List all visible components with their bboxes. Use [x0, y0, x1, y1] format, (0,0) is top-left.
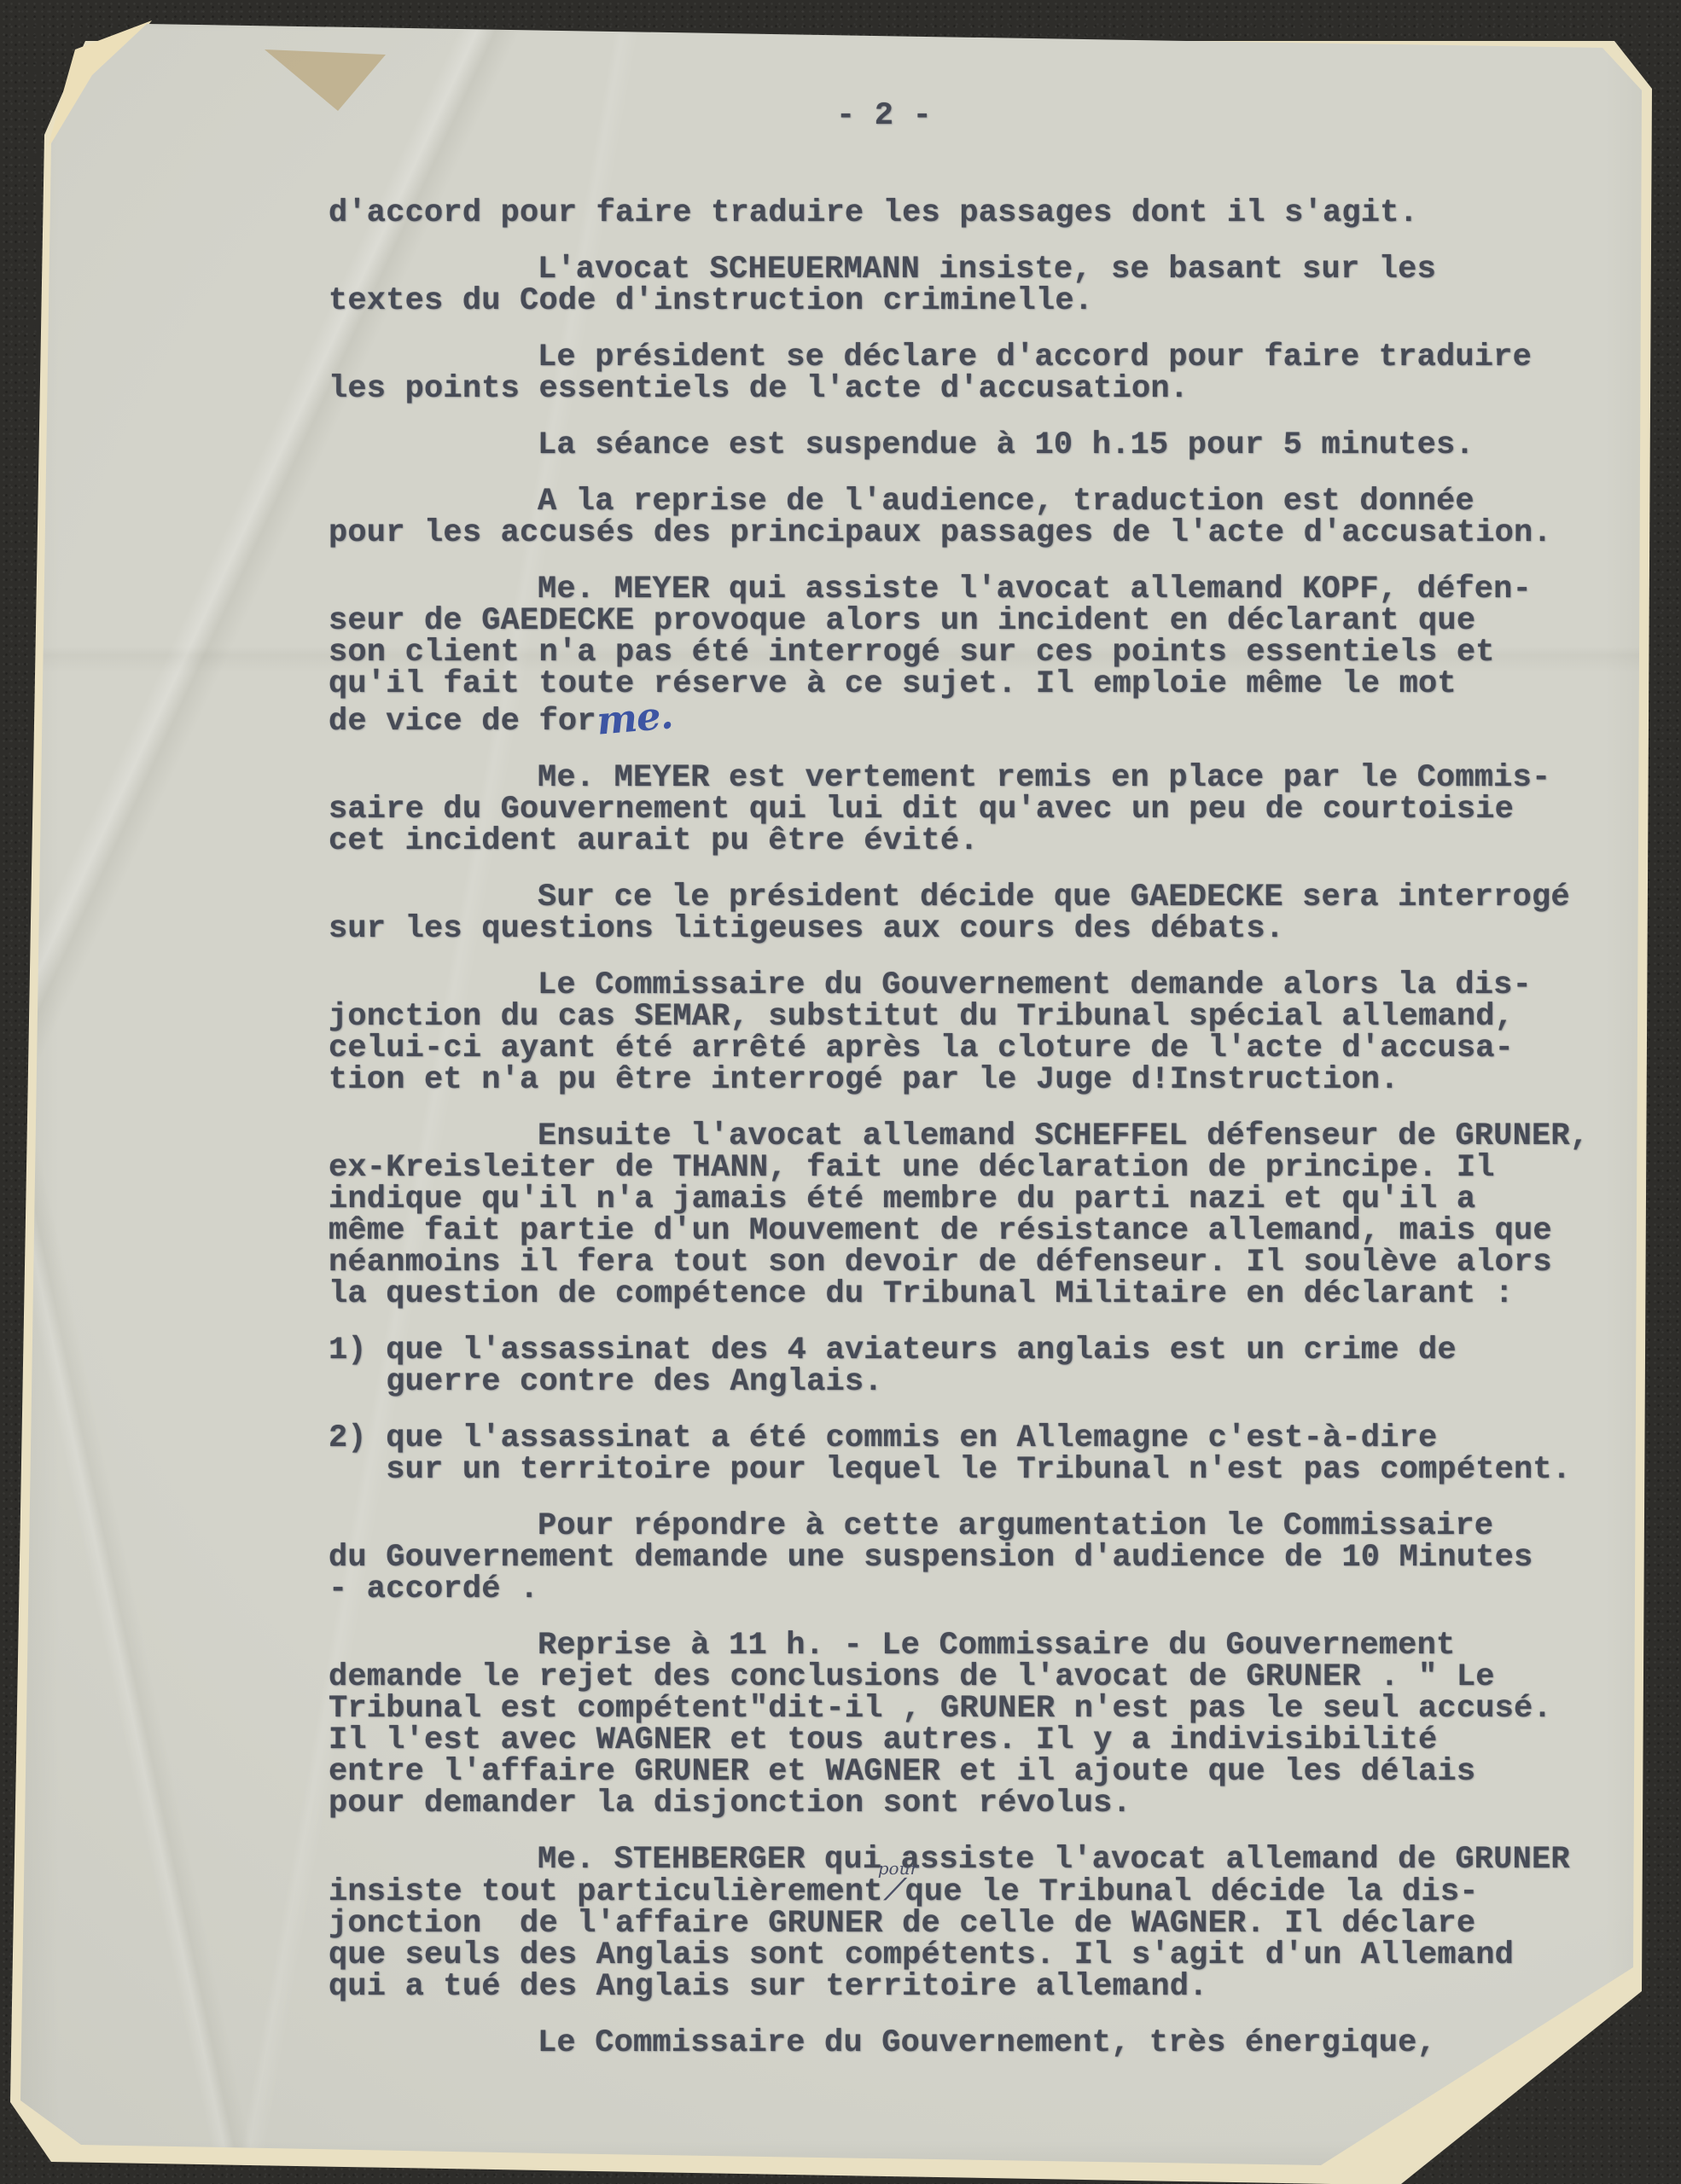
numbered-item: 2) que l'assassinat a été commis en Alle…	[329, 1423, 1626, 1486]
text-line: que seuls des Anglais sont compétents. I…	[329, 1940, 1626, 1972]
text-line: Me. STEHBERGER qui assiste l'avocat alle…	[329, 1844, 1626, 1876]
paragraph: d'accord pour faire traduire les passage…	[329, 198, 1626, 229]
paragraph: Ensuite l'avocat allemand SCHEFFEL défen…	[329, 1121, 1626, 1310]
text-line: - accordé .	[329, 1574, 1626, 1606]
text-line: ex-Kreisleiter de THANN, fait une déclar…	[329, 1153, 1626, 1184]
text-line: de vice de forme.	[329, 700, 1626, 738]
text-line: Tribunal est compétent"dit-il , GRUNER n…	[329, 1693, 1626, 1725]
paragraph: Reprise à 11 h. - Le Commissaire du Gouv…	[329, 1630, 1626, 1820]
text-line: d'accord pour faire traduire les passage…	[329, 198, 1626, 229]
text-line: sur les questions litigeuses aux cours d…	[329, 914, 1626, 945]
text-line: qui a tué des Anglais sur territoire all…	[329, 1972, 1626, 2003]
text-line: cet incident aurait pu être évité.	[329, 826, 1626, 857]
text-line: les points essentiels de l'acte d'accusa…	[329, 374, 1626, 405]
text-line: sur un territoire pour lequel le Tribuna…	[329, 1455, 1626, 1486]
numbered-item: 1) que l'assassinat des 4 aviateurs angl…	[329, 1335, 1626, 1398]
text-line: 1) que l'assassinat des 4 aviateurs angl…	[329, 1335, 1626, 1367]
text-line: Me. MEYER qui assiste l'avocat allemand …	[329, 574, 1626, 606]
text-line: indique qu'il n'a jamais été membre du p…	[329, 1184, 1626, 1216]
paragraph: Le Commissaire du Gouvernement demande a…	[329, 970, 1626, 1096]
paragraph: Le président se déclare d'accord pour fa…	[329, 342, 1626, 405]
paragraph: L'avocat SCHEUERMANN insiste, se basant …	[329, 254, 1626, 317]
paragraph: A la reprise de l'audience, traduction e…	[329, 486, 1626, 549]
text-line: A la reprise de l'audience, traduction e…	[329, 486, 1626, 518]
text-line: L'avocat SCHEUERMANN insiste, se basant …	[329, 254, 1626, 286]
scan-background: - 2 - d'accord pour faire traduire les p…	[0, 0, 1681, 2184]
text-line: Pour répondre à cette argumentation le C…	[329, 1511, 1626, 1542]
text-line: jonction du cas SEMAR, substitut du Trib…	[329, 1002, 1626, 1033]
document-page: - 2 - d'accord pour faire traduire les p…	[0, 0, 1681, 2184]
paragraph: Sur ce le président décide que GAEDECKE …	[329, 882, 1626, 945]
paragraph: Le Commissaire du Gouvernement, très éne…	[329, 2028, 1626, 2059]
text-line: du Gouvernement demande une suspension d…	[329, 1542, 1626, 1574]
text-line: pour les accusés des principaux passages…	[329, 518, 1626, 549]
typed-text: d'accord pour faire traduire les passage…	[329, 198, 1626, 2059]
text-line: La séance est suspendue à 10 h.15 pour 5…	[329, 430, 1626, 462]
text-line: textes du Code d'instruction criminelle.	[329, 286, 1626, 317]
text-line: qu'il fait toute réserve à ce sujet. Il …	[329, 669, 1626, 700]
typed-fragment: de vice de for	[329, 704, 596, 740]
text-line: entre l'affaire GRUNER et WAGNER et il a…	[329, 1757, 1626, 1788]
text-line: néanmoins il fera tout son devoir de déf…	[329, 1247, 1626, 1279]
text-line: pour demander la disjonction sont révolu…	[329, 1788, 1626, 1820]
text-line: son client n'a pas été interrogé sur ces…	[329, 637, 1626, 669]
text-line: Ensuite l'avocat allemand SCHEFFEL défen…	[329, 1121, 1626, 1153]
text-line: Reprise à 11 h. - Le Commissaire du Gouv…	[329, 1630, 1626, 1662]
text-line: Le président se déclare d'accord pour fa…	[329, 342, 1626, 374]
handwritten-insertion: pour/	[883, 1876, 905, 1908]
paragraph: La séance est suspendue à 10 h.15 pour 5…	[329, 430, 1626, 462]
paragraph: Me. STEHBERGER qui assiste l'avocat alle…	[329, 1844, 1626, 2003]
typed-fragment: insiste tout particulièrement	[329, 1874, 883, 1910]
handwritten-word-ending: me.	[595, 699, 673, 737]
text-line: Sur ce le président décide que GAEDECKE …	[329, 882, 1626, 914]
text-line: Le Commissaire du Gouvernement, très éne…	[329, 2028, 1626, 2059]
text-line: tion et n'a pu être interrogé par le Jug…	[329, 1065, 1626, 1096]
text-line: saire du Gouvernement qui lui dit qu'ave…	[329, 794, 1626, 826]
text-line: 2) que l'assassinat a été commis en Alle…	[329, 1423, 1626, 1455]
text-line: même fait partie d'un Mouvement de résis…	[329, 1216, 1626, 1247]
paragraph: Pour répondre à cette argumentation le C…	[329, 1511, 1626, 1606]
paragraph: Me. MEYER est vertement remis en place p…	[329, 763, 1626, 857]
text-line: insiste tout particulièrementpour/que le…	[329, 1876, 1626, 1908]
text-line: seur de GAEDECKE provoque alors un incid…	[329, 606, 1626, 637]
text-line: celui-ci ayant été arrêté après la clotu…	[329, 1033, 1626, 1065]
text-line: Il l'est avec WAGNER et tous autres. Il …	[329, 1725, 1626, 1757]
text-line: la question de compétence du Tribunal Mi…	[329, 1279, 1626, 1310]
text-line: demande le rejet des conclusions de l'av…	[329, 1662, 1626, 1693]
text-line: Le Commissaire du Gouvernement demande a…	[329, 970, 1626, 1002]
typed-fragment: que le Tribunal décide la dis-	[905, 1874, 1479, 1910]
page-number: - 2 -	[836, 101, 932, 132]
text-line: jonction de l'affaire GRUNER de celle de…	[329, 1908, 1626, 1940]
text-line: Me. MEYER est vertement remis en place p…	[329, 763, 1626, 794]
text-line: guerre contre des Anglais.	[329, 1367, 1626, 1398]
paragraph: Me. MEYER qui assiste l'avocat allemand …	[329, 574, 1626, 738]
